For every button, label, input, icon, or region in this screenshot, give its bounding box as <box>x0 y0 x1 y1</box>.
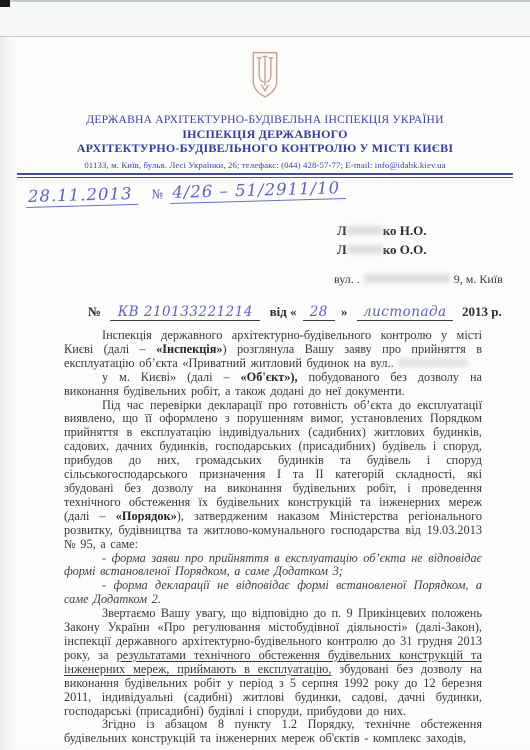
recipient1-redacted <box>347 226 383 235</box>
recipient-line-1: Лко Н.О. <box>337 222 530 241</box>
letter-body: Інспекція державного архітектурно-будіве… <box>64 329 482 746</box>
text-segment: Згідно із абзацом 8 пункту 1.2 Порядку, … <box>64 717 482 745</box>
recipient2-initial: Л <box>337 242 347 257</box>
recipient2-redacted <box>347 245 383 254</box>
emblem-container <box>0 50 530 102</box>
ref-close-quote: » <box>341 304 348 319</box>
org-contact-line: 01133, м. Київ, бульв. Лесі Українки, 26… <box>0 160 530 170</box>
body-paragraph: Згідно із абзацом 8 пункту 1.2 Порядку, … <box>64 718 482 746</box>
ref-day-handwritten: 28 <box>303 304 335 321</box>
text-segment: - форма заяви про прийняття в експлуатац… <box>64 551 482 579</box>
scan-artifact-top-edge <box>0 0 530 2</box>
text-segment: «Об'єкт»), <box>241 370 298 384</box>
address-suffix: 9, м. Київ <box>454 272 503 286</box>
body-paragraph-list-item: - форма заяви про прийняття в експлуатац… <box>64 552 482 580</box>
recipient-line-2: Лко О.О. <box>337 241 530 260</box>
redacted-text <box>398 358 468 367</box>
address-prefix: вул. . <box>334 272 360 286</box>
address-redacted <box>364 274 450 283</box>
org-name-line1: ДЕРЖАВНА АРХІТЕКТУРНО-БУДІВЕЛЬНА ІНСПЕКЦ… <box>0 113 530 127</box>
text-segment: «Інспекція» <box>156 342 222 356</box>
letterhead: ДЕРЖАВНА АРХІТЕКТУРНО-БУДІВЕЛЬНА ІНСПЕКЦ… <box>0 113 530 170</box>
body-paragraph: у м. Києві» (далі – «Об'єкт»), побудован… <box>64 371 482 399</box>
scan-artifact-corner-mark <box>0 0 10 7</box>
body-paragraph: Інспекція державного архітектурно-будіве… <box>64 329 482 371</box>
ref-year-label: 2013 р. <box>462 304 502 319</box>
text-segment: Під час перевірки декларації про готовні… <box>64 398 482 523</box>
ref-number-handwritten: КВ 210133221214 <box>110 304 260 321</box>
ref-month-handwritten: листопада <box>357 304 453 321</box>
stamp-date: 28.11.2013 <box>26 184 139 208</box>
recipient2-name: ко О.О. <box>383 242 427 257</box>
ref-no-label: № <box>88 304 101 319</box>
text-segment: «Порядок» <box>116 509 177 523</box>
recipient1-name: ко Н.О. <box>383 223 427 238</box>
org-name-line2: ІНСПЕКЦІЯ ДЕРЖАВНОГО <box>0 127 530 141</box>
stamp-number: 4/26 – 51/2911/10 <box>170 178 346 204</box>
ref-vid-label: від « <box>270 304 297 319</box>
scan-artifact-top-band <box>0 0 530 37</box>
stamp-number-sign: № <box>152 188 164 202</box>
org-name-line3: АРХІТЕКТУРНО-БУДІВЕЛЬНОГО КОНТРОЛЮ У МІС… <box>0 141 530 155</box>
scanned-letter-page: ДЕРЖАВНА АРХІТЕКТУРНО-БУДІВЕЛЬНА ІНСПЕКЦ… <box>0 0 530 750</box>
body-paragraph: Звертаємо Вашу увагу, що відповідно до п… <box>64 607 482 718</box>
recipient-address-line: вул. .9, м. Київ <box>334 272 530 287</box>
text-segment: у м. Києві» (далі – <box>102 370 241 384</box>
recipient1-initial: Л <box>337 223 347 238</box>
body-paragraph-list-item: - форма декларації не відповідає формі в… <box>64 579 482 607</box>
text-segment: - форма декларації не відповідає формі в… <box>64 578 482 606</box>
reference-number-line: № КВ 210133221214 від « 28 » листопада 2… <box>88 304 530 321</box>
recipient-block: Лко Н.О. Лко О.О. <box>337 222 530 260</box>
ukraine-trident-emblem-icon <box>248 50 282 102</box>
body-paragraph: Під час перевірки декларації про готовні… <box>64 399 482 552</box>
letter-content: ДЕРЖАВНА АРХІТЕКТУРНО-БУДІВЕЛЬНА ІНСПЕКЦ… <box>0 37 530 746</box>
